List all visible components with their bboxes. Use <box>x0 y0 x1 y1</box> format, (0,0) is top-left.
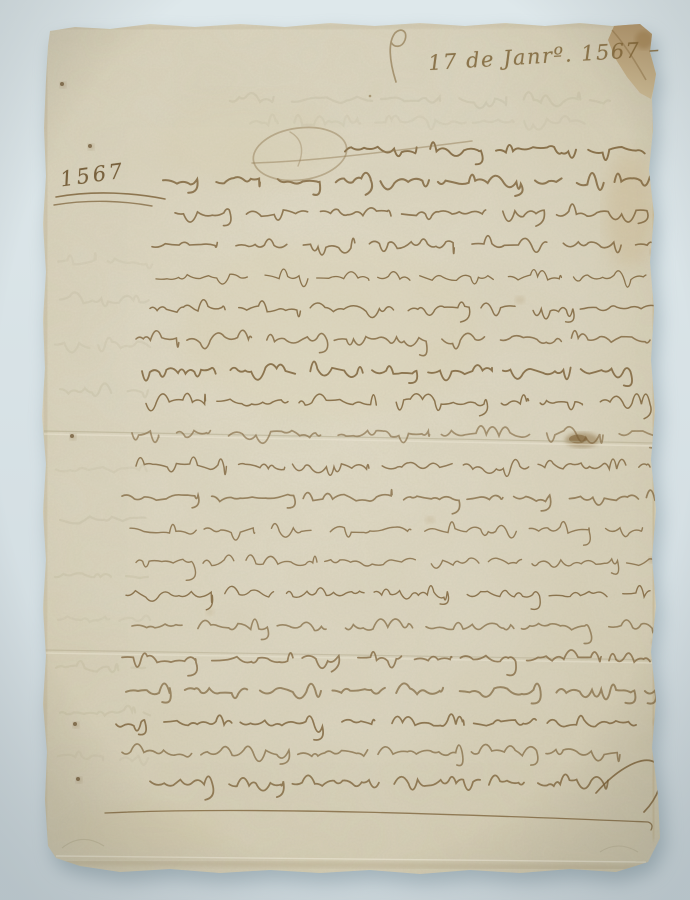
photo-backdrop: 17 de Janrº. 1567 – 1567 <box>0 0 690 900</box>
photo-vignette <box>0 0 690 900</box>
manuscript-photo-art <box>0 0 690 900</box>
